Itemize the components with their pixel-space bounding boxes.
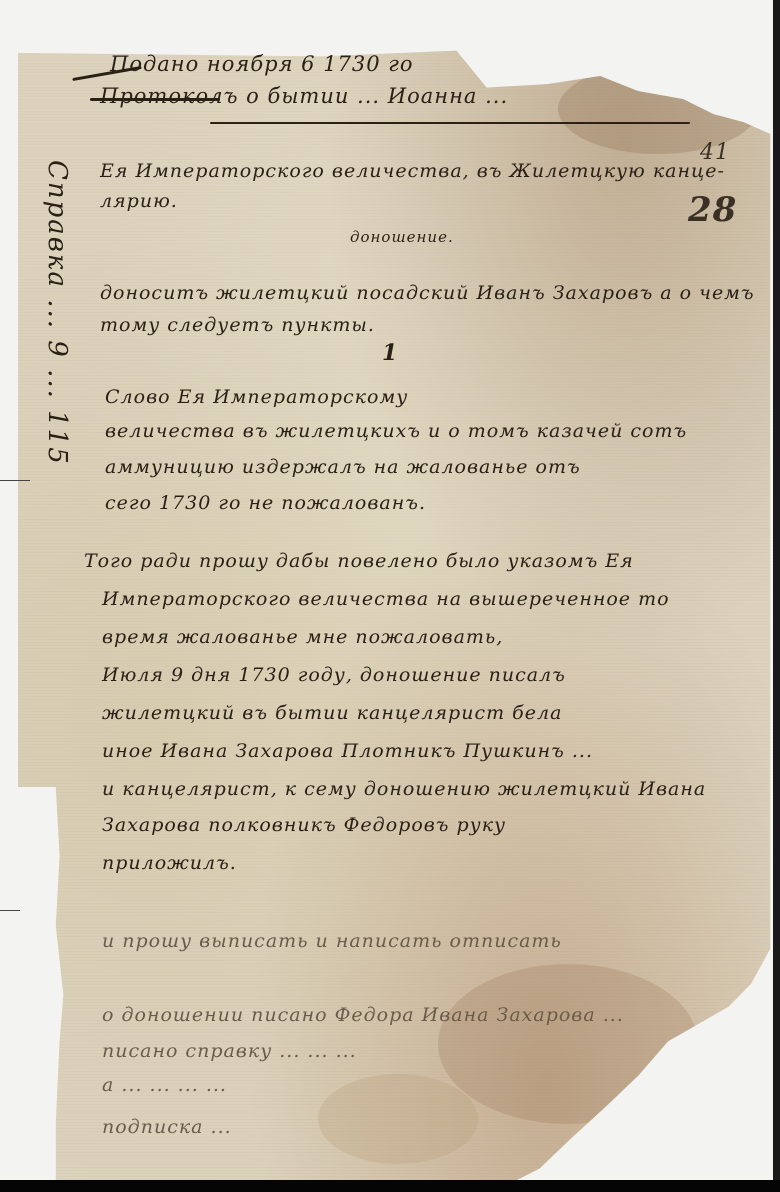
- section-number: 1: [382, 340, 398, 366]
- paragraph-line: аммуницию издержалъ на жалованье отъ: [105, 456, 581, 478]
- note-line: о доношении писано Федора Ивана Захарова…: [102, 1004, 624, 1026]
- header-underline: [210, 122, 690, 124]
- paragraph-line: и канцелярист, к сему доношению жилетцки…: [102, 778, 706, 800]
- margin-rule: [0, 480, 30, 481]
- header-line-2: Протоколъ о бытии ... Иоанна ...: [100, 84, 508, 108]
- note-line: подписка ...: [102, 1116, 232, 1138]
- paragraph-line: Слово Ея Императорскому: [105, 386, 408, 408]
- address-line: Ея Императорского величества, въ Жилетцк…: [100, 160, 725, 182]
- scan-bottom-edge: [0, 1180, 780, 1192]
- paragraph-line: Того ради прошу дабы повелено было указо…: [84, 550, 634, 572]
- paragraph-line: сего 1730 го не пожалованъ.: [105, 492, 426, 514]
- scan-right-edge: [773, 0, 780, 1180]
- paragraph-line: Захарова полковникъ Федоровъ руку: [102, 814, 506, 836]
- note-line: и прошу выписать и написать отписать: [102, 930, 562, 952]
- paragraph-line: иное Ивана Захарова Плотникъ Пушкинъ ...: [102, 740, 593, 762]
- water-stain: [318, 1074, 478, 1164]
- margin-rule: [0, 910, 20, 911]
- intro-line: тому следуетъ пункты.: [100, 314, 375, 336]
- paragraph-line: величества въ жилетцкихъ и о томъ казаче…: [105, 420, 687, 442]
- paragraph-line: жилетцкий въ бытии канцелярист бела: [102, 702, 562, 724]
- note-line: а ... ... ... ...: [102, 1074, 227, 1096]
- paragraph-line: Императорского величества на вышереченно…: [102, 588, 670, 610]
- paragraph-line: приложилъ.: [102, 852, 237, 874]
- header-line-1: Подано ноября 6 1730 го: [110, 52, 414, 76]
- left-margin-note: Справка ... 9 ... 115: [42, 160, 72, 466]
- folio-number: 28: [688, 190, 737, 230]
- paragraph-line: Июля 9 дня 1730 году, доношение писалъ: [102, 664, 566, 686]
- document-title: доношение.: [350, 228, 454, 246]
- intro-line: доноситъ жилетцкий посадский Иванъ Захар…: [100, 282, 755, 304]
- paragraph-line: время жалованье мне пожаловать,: [102, 626, 503, 648]
- address-line: лярию.: [100, 190, 178, 212]
- note-line: писано справку ... ... ...: [102, 1040, 357, 1062]
